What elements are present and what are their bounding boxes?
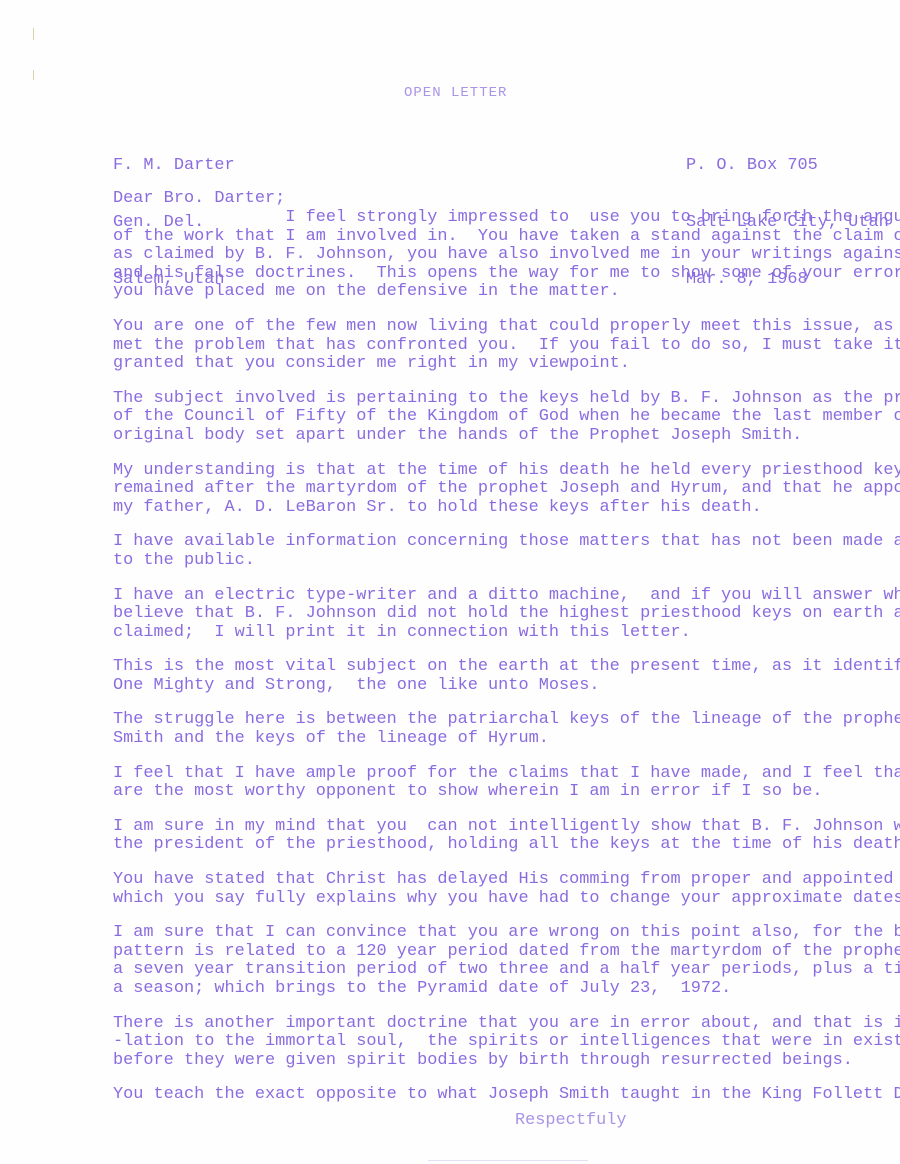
text-line: original body set apart under the hands … [113, 427, 883, 446]
paragraph: You teach the exact opposite to what Jos… [113, 1086, 883, 1105]
text-line: the president of the priesthood, holding… [113, 836, 883, 855]
text-line: as claimed by B. F. Johnson, you have al… [113, 246, 883, 265]
text-line: You teach the exact opposite to what Jos… [113, 1086, 883, 1105]
paragraph-gap [113, 855, 883, 871]
text-line: The struggle here is between the patriar… [113, 711, 883, 730]
text-line: which you say fully explains why you hav… [113, 890, 883, 909]
text-line: I am sure that I can convince that you a… [113, 924, 883, 943]
letter-title: OPEN LETTER [404, 84, 507, 103]
text-line: There is another important doctrine that… [113, 1015, 883, 1034]
salutation: Dear Bro. Darter; [113, 190, 285, 209]
text-line: a seven year transition period of two th… [113, 961, 883, 980]
text-line: of the Council of Fifty of the Kingdom o… [113, 408, 883, 427]
text-line: are the most worthy opponent to show whe… [113, 783, 883, 802]
text-line: This is the most vital subject on the ea… [113, 658, 883, 677]
text-line: met the problem that has confronted you.… [113, 337, 883, 356]
text-line: I have available information concerning … [113, 533, 883, 552]
text-line: believe that B. F. Johnson did not hold … [113, 605, 883, 624]
paragraph-gap [113, 571, 883, 587]
recipient-name: F. M. Darter [113, 156, 235, 175]
text-line: before they were given spirit bodies by … [113, 1052, 883, 1071]
paragraph-gap [113, 374, 883, 390]
letter-page: OPEN LETTER F. M. Darter Gen. Del. Salem… [0, 0, 900, 1164]
text-line: a season; which brings to the Pyramid da… [113, 980, 883, 999]
text-line: The subject involved is pertaining to th… [113, 390, 883, 409]
text-line: Smith and the keys of the lineage of Hyr… [113, 730, 883, 749]
paragraph: I am sure that I can convince that you a… [113, 924, 883, 998]
paragraph-gap [113, 1070, 883, 1086]
paragraph: I am sure in my mind that you can not in… [113, 818, 883, 855]
text-line: One Mighty and Strong, the one like unto… [113, 677, 883, 696]
text-line: I feel that I have ample proof for the c… [113, 765, 883, 784]
text-line: I feel strongly impressed to use you to … [113, 209, 883, 228]
scan-edge-mark [33, 70, 34, 80]
closing: Respectfuly [515, 1112, 627, 1131]
sender-po-box: P. O. Box 705 [686, 156, 889, 175]
text-line: You have stated that Christ has delayed … [113, 871, 883, 890]
paragraph-gap [113, 999, 883, 1015]
text-line: you have placed me on the defensive in t… [113, 283, 883, 302]
signature-line [428, 1160, 588, 1161]
paragraph-gap [113, 517, 883, 533]
paragraph-gap [113, 642, 883, 658]
paragraph-gap [113, 802, 883, 818]
text-line: You are one of the few men now living th… [113, 318, 883, 337]
scan-edge-mark [33, 28, 34, 40]
paragraph: I have available information concerning … [113, 533, 883, 570]
text-line: of the work that I am involved in. You h… [113, 228, 883, 247]
text-line: claimed; I will print it in connection w… [113, 624, 883, 643]
paragraph: You are one of the few men now living th… [113, 318, 883, 374]
paragraph-gap [113, 695, 883, 711]
text-line: granted that you consider me right in my… [113, 355, 883, 374]
text-line: pattern is related to a 120 year period … [113, 943, 883, 962]
text-line: and his false doctrines. This opens the … [113, 265, 883, 284]
paragraph: This is the most vital subject on the ea… [113, 658, 883, 695]
text-line: I am sure in my mind that you can not in… [113, 818, 883, 837]
text-line: remained after the martyrdom of the prop… [113, 480, 883, 499]
text-line: to the public. [113, 552, 883, 571]
letter-body: I feel strongly impressed to use you to … [113, 209, 883, 1105]
paragraph: I have an electric type-writer and a dit… [113, 587, 883, 643]
paragraph: I feel strongly impressed to use you to … [113, 209, 883, 302]
paragraph: My understanding is that at the time of … [113, 462, 883, 518]
paragraph: There is another important doctrine that… [113, 1015, 883, 1071]
text-line: my father, A. D. LeBaron Sr. to hold the… [113, 499, 883, 518]
paragraph-gap [113, 446, 883, 462]
paragraph: You have stated that Christ has delayed … [113, 871, 883, 908]
paragraph: I feel that I have ample proof for the c… [113, 765, 883, 802]
text-line: -lation to the immortal soul, the spirit… [113, 1033, 883, 1052]
paragraph-gap [113, 908, 883, 924]
paragraph: The struggle here is between the patriar… [113, 711, 883, 748]
text-line: My understanding is that at the time of … [113, 462, 883, 481]
text-line: I have an electric type-writer and a dit… [113, 587, 883, 606]
paragraph: The subject involved is pertaining to th… [113, 390, 883, 446]
paragraph-gap [113, 749, 883, 765]
paragraph-gap [113, 302, 883, 318]
